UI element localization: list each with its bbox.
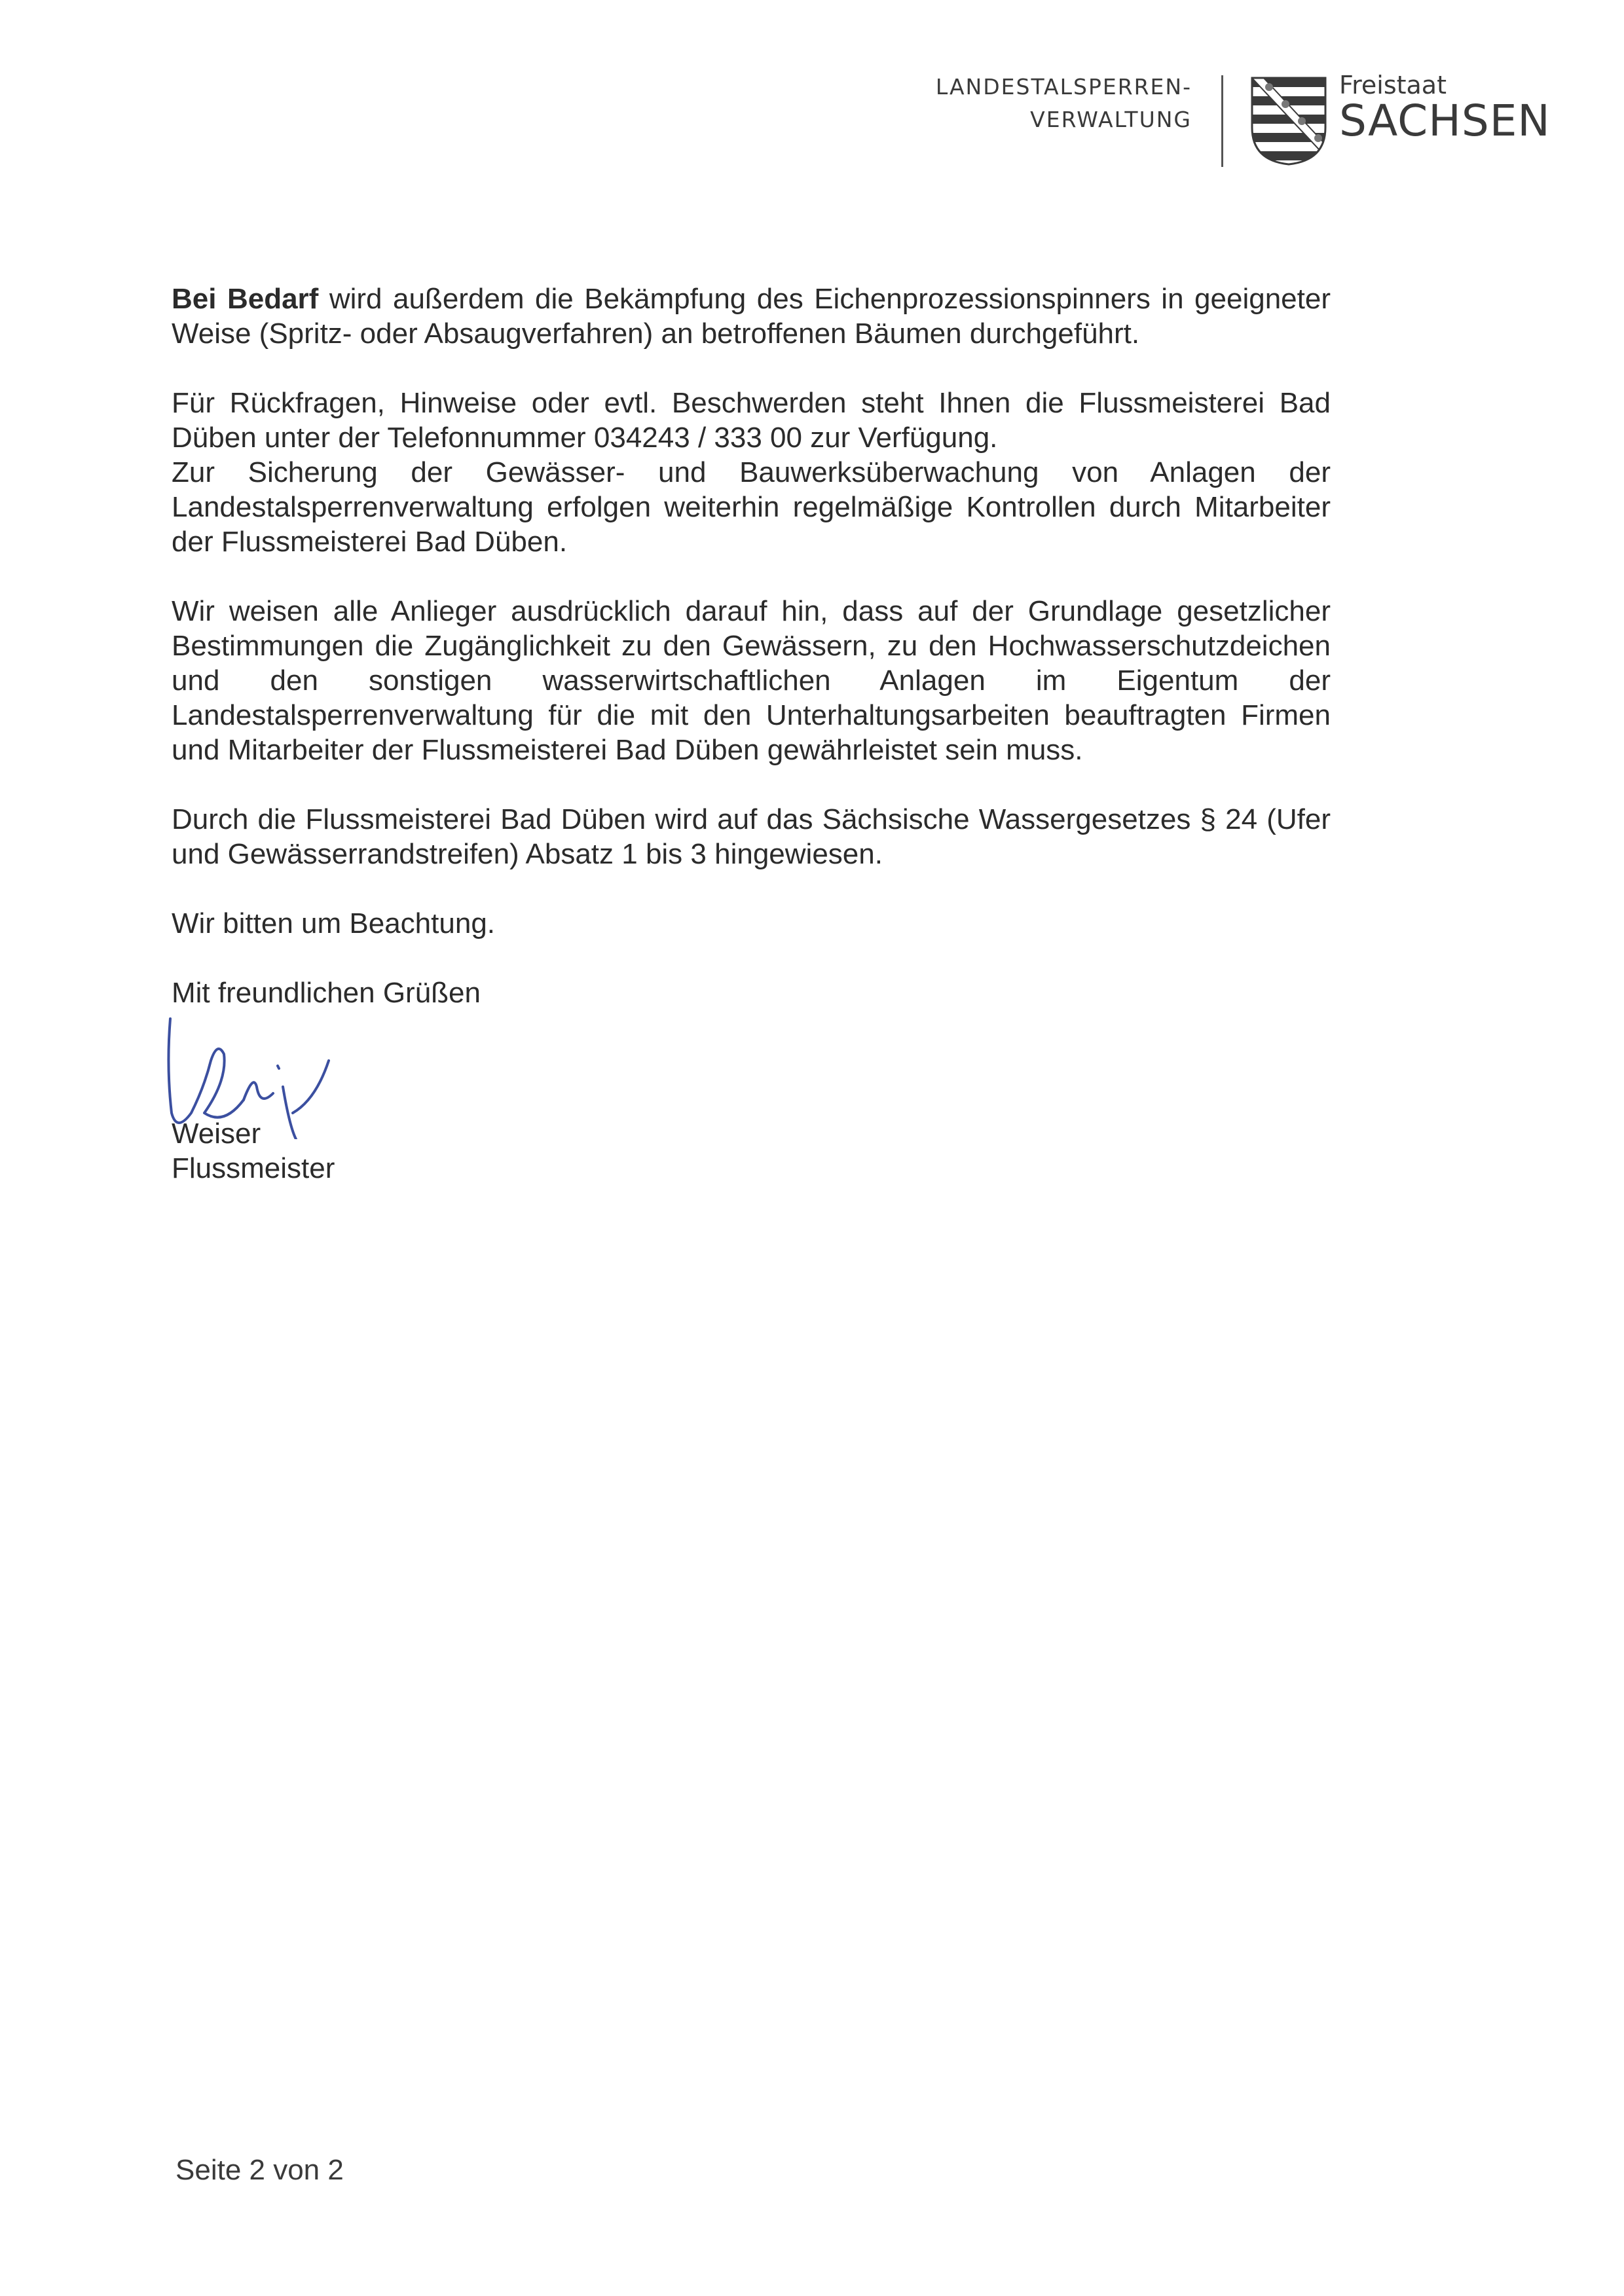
paragraph-3: Zur Sicherung der Gewässer- und Bauwerks… xyxy=(172,455,1331,559)
paragraph-2: Für Rückfragen, Hinweise oder evtl. Besc… xyxy=(172,386,1331,455)
org-name-line1: LANDESTALSPERREN- xyxy=(936,71,1192,103)
brand-big: SACHSEN xyxy=(1339,98,1551,144)
paragraph-1-text: wird außerdem die Bekämpfung des Eichenp… xyxy=(172,283,1331,350)
paragraph-1-emphasis: Bei Bedarf xyxy=(172,283,318,315)
org-name: LANDESTALSPERREN- VERWALTUNG xyxy=(936,71,1192,136)
closing: Mit freundlichen Grüßen xyxy=(172,975,1331,1010)
page-number: Seite 2 von 2 xyxy=(175,2154,344,2187)
paragraph-6: Wir bitten um Beachtung. xyxy=(172,906,1331,941)
signer-name: Weiser xyxy=(172,1118,261,1150)
org-name-line2: VERWALTUNG xyxy=(936,103,1192,136)
brand-logo-text: Freistaat SACHSEN xyxy=(1339,72,1551,144)
saxony-coat-of-arms-icon xyxy=(1249,75,1328,167)
paragraph-5: Durch die Flussmeisterei Bad Düben wird … xyxy=(172,802,1331,871)
paragraph-1: Bei Bedarf wird außerdem die Bekämpfung … xyxy=(172,282,1331,351)
brand-small: Freistaat xyxy=(1339,72,1551,98)
letter-body: Bei Bedarf wird außerdem die Bekämpfung … xyxy=(172,282,1331,1045)
header-divider xyxy=(1221,75,1223,167)
paragraph-4: Wir weisen alle Anlieger ausdrücklich da… xyxy=(172,594,1331,767)
signer-title: Flussmeister xyxy=(172,1152,335,1185)
